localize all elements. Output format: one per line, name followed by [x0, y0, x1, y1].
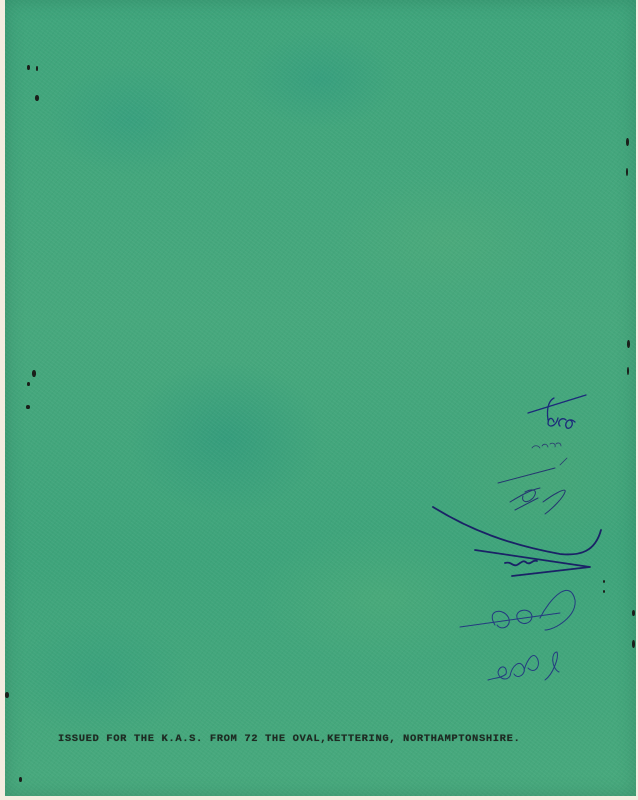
signature-1 [528, 395, 586, 428]
signature-2 [532, 443, 567, 465]
punch-mark [32, 370, 36, 377]
handwritten-signatures [420, 380, 630, 700]
punch-mark [27, 382, 30, 386]
signature-4 [433, 507, 601, 576]
signature-3 [498, 468, 565, 514]
issued-by-footer: ISSUED FOR THE K.A.S. FROM 72 THE OVAL,K… [58, 733, 520, 745]
staple-mark [626, 138, 629, 146]
staple-mark [36, 66, 38, 71]
signature-5 [460, 590, 575, 680]
staple-mark [632, 610, 635, 616]
punch-mark [5, 692, 9, 698]
staple-mark [627, 367, 629, 375]
staple-mark [626, 168, 628, 176]
staple-mark [627, 340, 630, 348]
punch-mark [19, 777, 22, 782]
staple-mark [632, 640, 635, 648]
punch-mark [35, 95, 39, 101]
punch-mark [26, 405, 30, 409]
staple-mark [27, 65, 30, 70]
